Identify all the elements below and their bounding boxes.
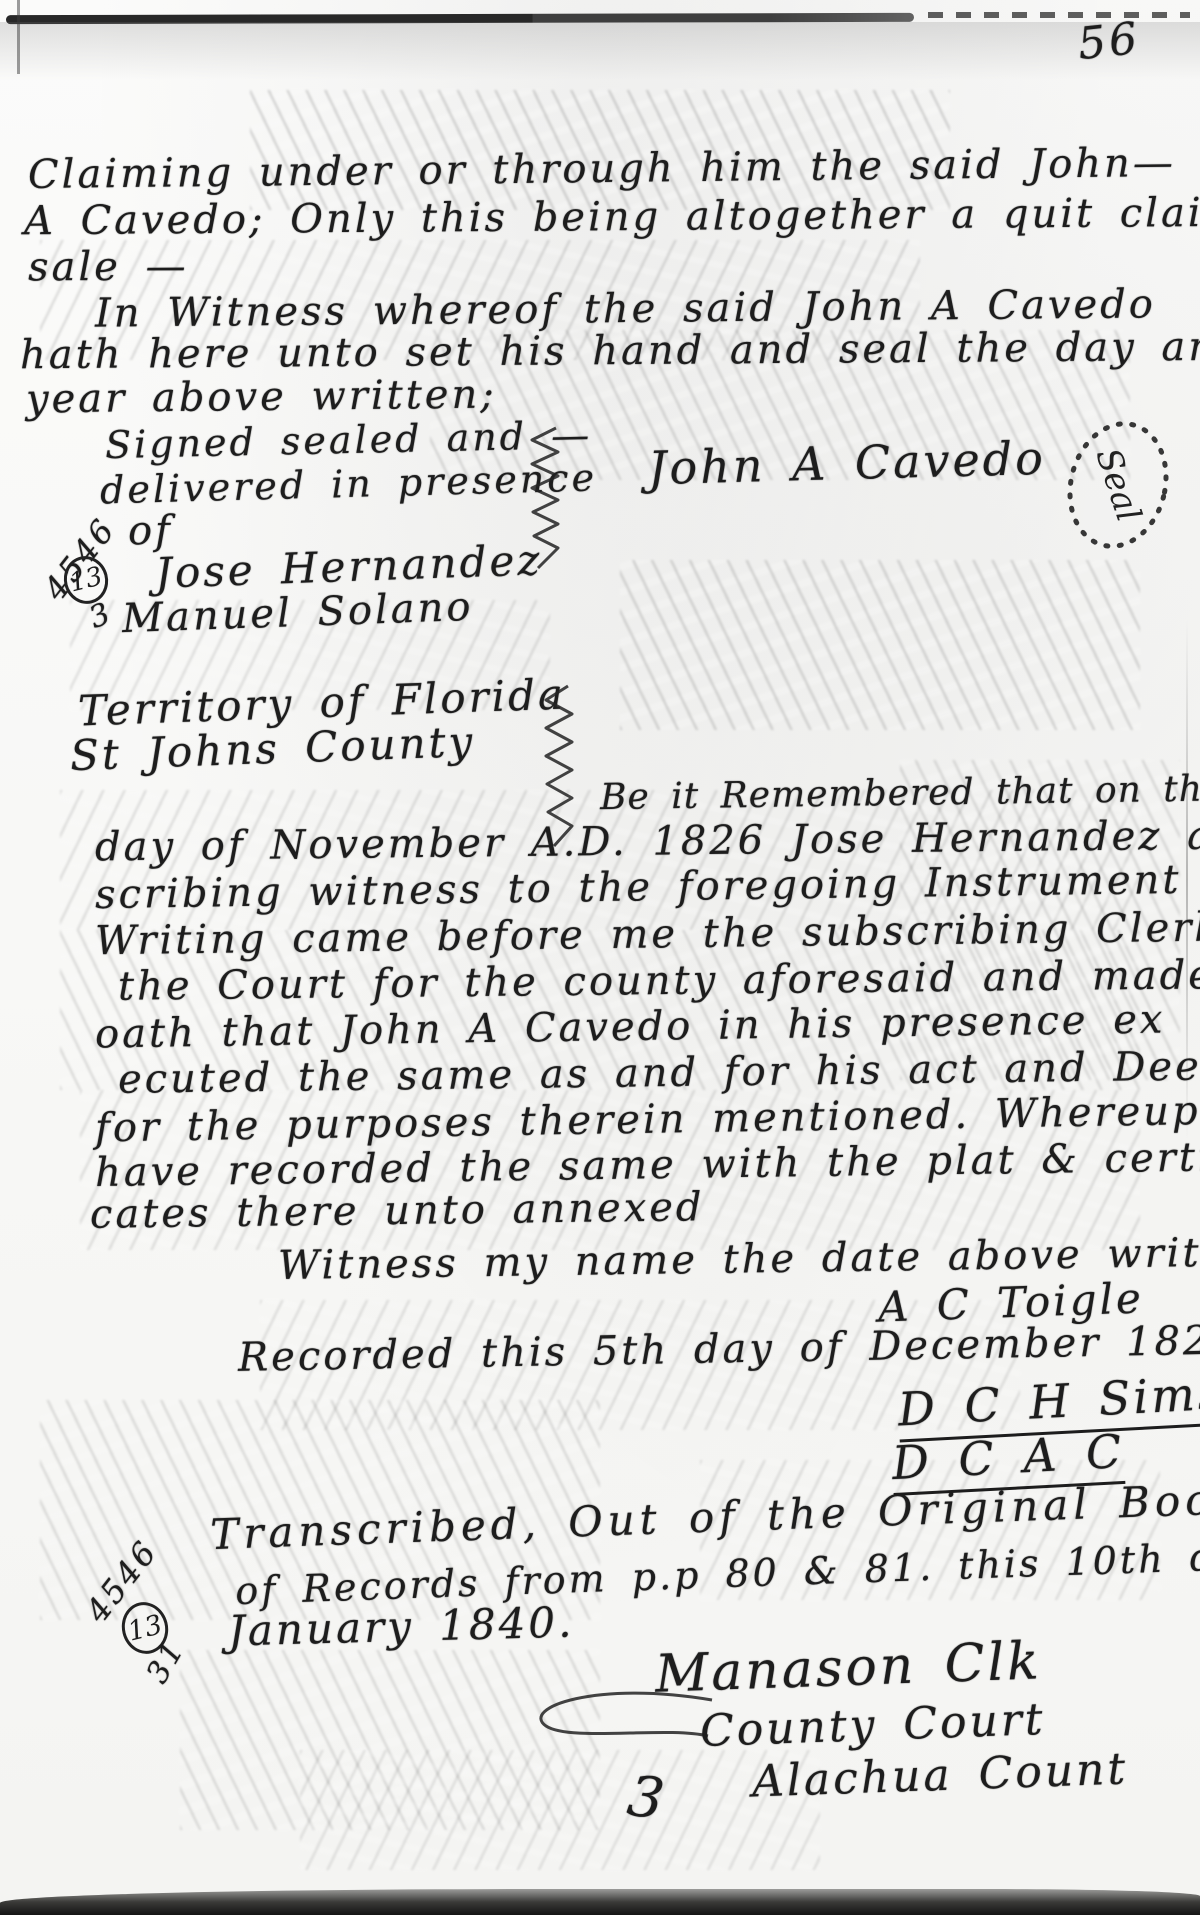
pencil-smudge [620,560,1140,730]
recorded-line: Recorded this 5th day of December 1828. [238,1317,1200,1381]
scan-edge-top-dotted [928,12,1190,18]
handwritten-line: January 1840. [227,1597,575,1655]
flourish-swash [516,1686,716,1776]
document-scan: 56 Claiming under or through him the sai… [0,0,1200,1915]
seal-scribble: Seal [1050,410,1190,560]
margin-circled-number-text: 13 [66,561,105,598]
margin-numeral: 3 [84,595,118,636]
handwritten-line: Claiming under or through him the said J… [28,140,1176,198]
handwritten-line: year above written; [26,372,497,423]
handwritten-line: sale — [28,244,189,291]
scan-edge-bottom [0,1889,1200,1915]
page-number: 56 [1076,13,1143,70]
handwritten-line: A Cavedo; Only this being altogether a q… [24,190,1200,245]
flourish-squiggle [528,424,562,574]
handwritten-line: cates there unto annexed [90,1184,705,1238]
seal-label: Seal [1087,443,1148,526]
flourish-numeral: 3 [624,1764,671,1834]
handwritten-line: hath here unto set his hand and seal the… [20,324,1200,379]
grantor-signature: John A Cavedo [647,431,1046,495]
scan-shading-top [0,22,1200,80]
scan-edge-left [17,0,20,74]
handwritten-line: Be it Remembered that on the 11th [600,767,1200,818]
